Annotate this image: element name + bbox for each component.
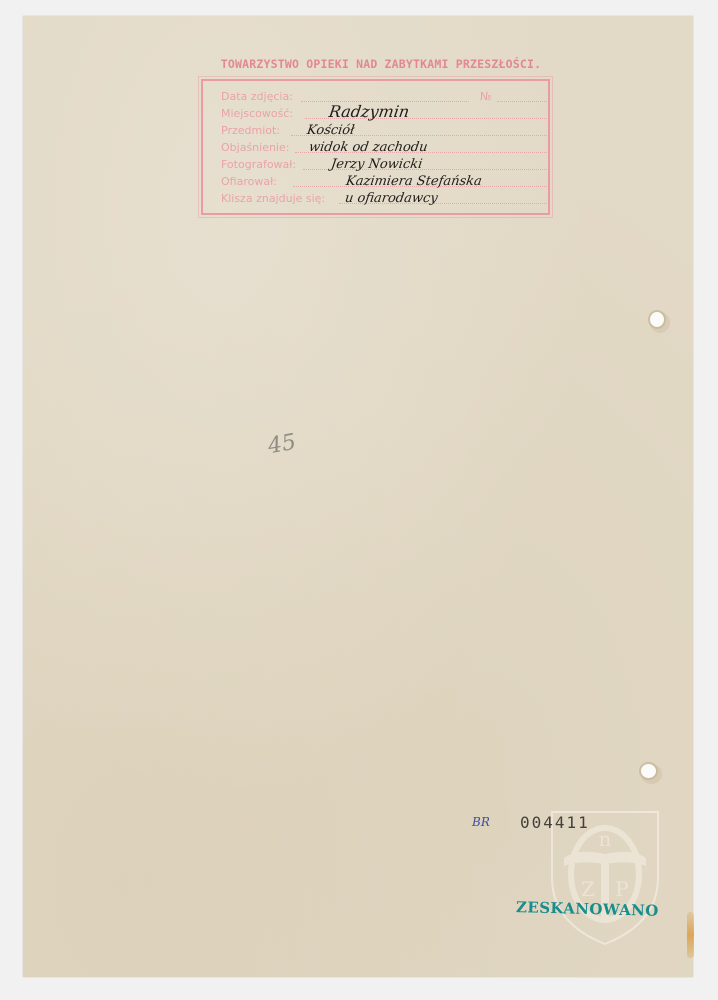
field-value-negative-location: u ofiarodawcy xyxy=(344,191,439,206)
punch-hole-upper xyxy=(650,312,664,327)
field-row-photographer: Fotografował: Jerzy Nowicki xyxy=(221,155,547,172)
svg-text:P: P xyxy=(615,877,628,901)
field-label-subject: Przedmiot: xyxy=(221,124,280,137)
field-row-negative-location: Klisza znajduje się: u ofiarodawcy xyxy=(221,189,547,206)
pencil-note: 45 xyxy=(266,430,298,459)
field-label-place: Miejscowość: xyxy=(221,107,293,120)
stamp-header-society-name: TOWARZYSTWO OPIEKI NAD ZABYTKAMI PRZESZŁ… xyxy=(203,57,559,71)
field-label-date: Data zdjęcia: xyxy=(221,90,293,103)
field-value-photographer: Jerzy Nowicki xyxy=(330,157,423,172)
field-label-photographer: Fotografował: xyxy=(221,158,296,171)
svg-text:n: n xyxy=(599,827,612,851)
field-value-subject: Kościół xyxy=(306,123,355,138)
number-sign-label: № xyxy=(480,90,491,103)
field-label-description: Objaśnienie: xyxy=(221,141,289,154)
field-value-donor: Kazimiera Stefańska xyxy=(345,174,483,189)
dotted-line xyxy=(497,101,547,102)
field-value-description: widok od zachodu xyxy=(308,140,429,155)
field-label-donor: Ofiarował: xyxy=(221,175,277,188)
field-row-subject: Przedmiot: Kościół xyxy=(221,121,547,138)
field-row-donor: Ofiarował: Kazimiera Stefańska xyxy=(221,172,547,189)
inventory-number: 004411 xyxy=(520,813,590,832)
stamp-form-box: Data zdjęcia: № Miejscowość: Radzymin Pr… xyxy=(201,79,550,215)
archive-prefix-mark: BR xyxy=(472,815,490,829)
scanned-stamp: ZESKANOWANO xyxy=(516,898,659,920)
svg-text:Z: Z xyxy=(581,877,595,901)
field-label-negative-location: Klisza znajduje się: xyxy=(221,192,325,205)
punch-hole-lower xyxy=(641,764,656,778)
field-row-description: Objaśnienie: widok od zachodu xyxy=(221,138,547,155)
tape-stain xyxy=(687,912,694,958)
field-row-place: Miejscowość: Radzymin xyxy=(221,104,547,121)
field-value-place: Radzymin xyxy=(328,102,411,121)
